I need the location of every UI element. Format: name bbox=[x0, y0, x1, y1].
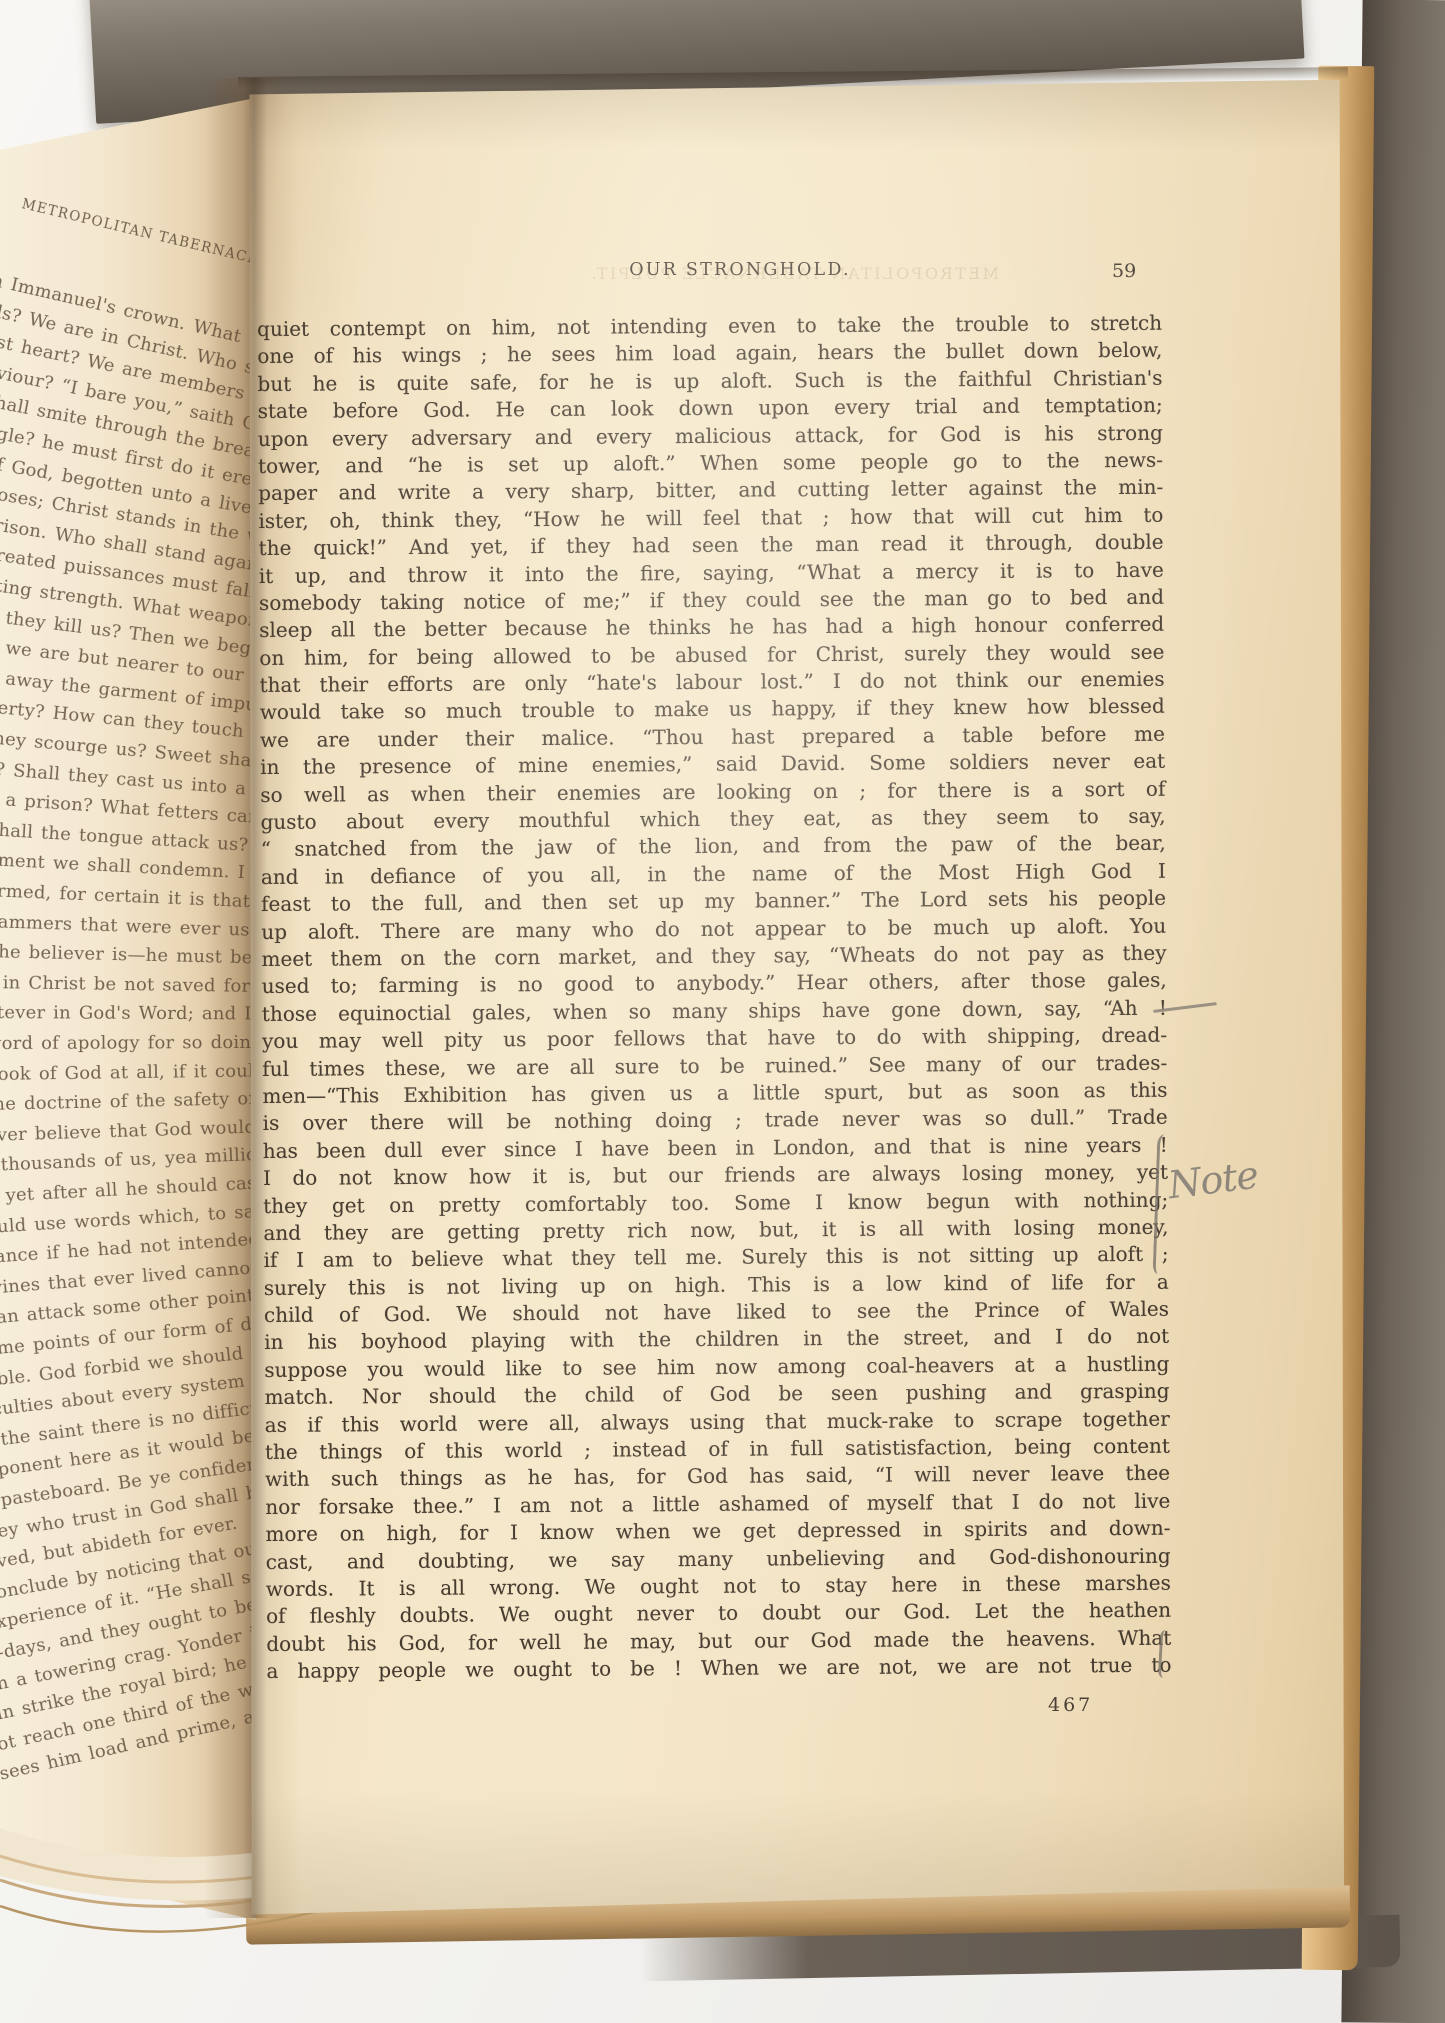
left-page-text-line: The believer is—he must be safe. I said … bbox=[0, 941, 256, 972]
left-page-text-line: word of apology for so doing, I could ne bbox=[0, 1031, 256, 1054]
left-page-text-line: atever in God's Word; and I say it once … bbox=[0, 1002, 256, 1025]
book-photo: METROPOLITAN TABERNACLE PULPIT. in Imman… bbox=[0, 0, 1445, 2023]
right-page: METROPOLITAN TABERNACLE PULPIT. OUR STRO… bbox=[244, 76, 1344, 1920]
left-page-text-line: book of God at all, if it could be prove… bbox=[0, 1059, 256, 1085]
left-page-text-line: hammers that were ever used to smite it bbox=[0, 911, 256, 945]
left-page-text-line: ever believe that God would speak in suc… bbox=[0, 1112, 256, 1146]
handwritten-margin-note: Note bbox=[1166, 1153, 1261, 1208]
body-text-line: a happy people we ought to be ! When we … bbox=[266, 1652, 1171, 1686]
body-text-column: quiet contempt on him, not intending eve… bbox=[257, 310, 1172, 1686]
footer-page-number: 467 bbox=[1048, 1694, 1093, 1716]
left-page-text-line: r in Christ be not saved for ever, then,… bbox=[0, 972, 256, 999]
left-page-running-head: METROPOLITAN TABERNACLE PULPIT. bbox=[20, 196, 256, 287]
left-page: METROPOLITAN TABERNACLE PULPIT. in Imman… bbox=[0, 96, 256, 1948]
left-page-text-line: ormed, for certain it is that the anvil … bbox=[0, 880, 256, 917]
page-number: 59 bbox=[1112, 260, 1136, 282]
running-head: OUR STRONGHOLD. bbox=[629, 260, 851, 280]
left-page-text-line: the doctrine of the safety of those that bbox=[0, 1086, 256, 1115]
